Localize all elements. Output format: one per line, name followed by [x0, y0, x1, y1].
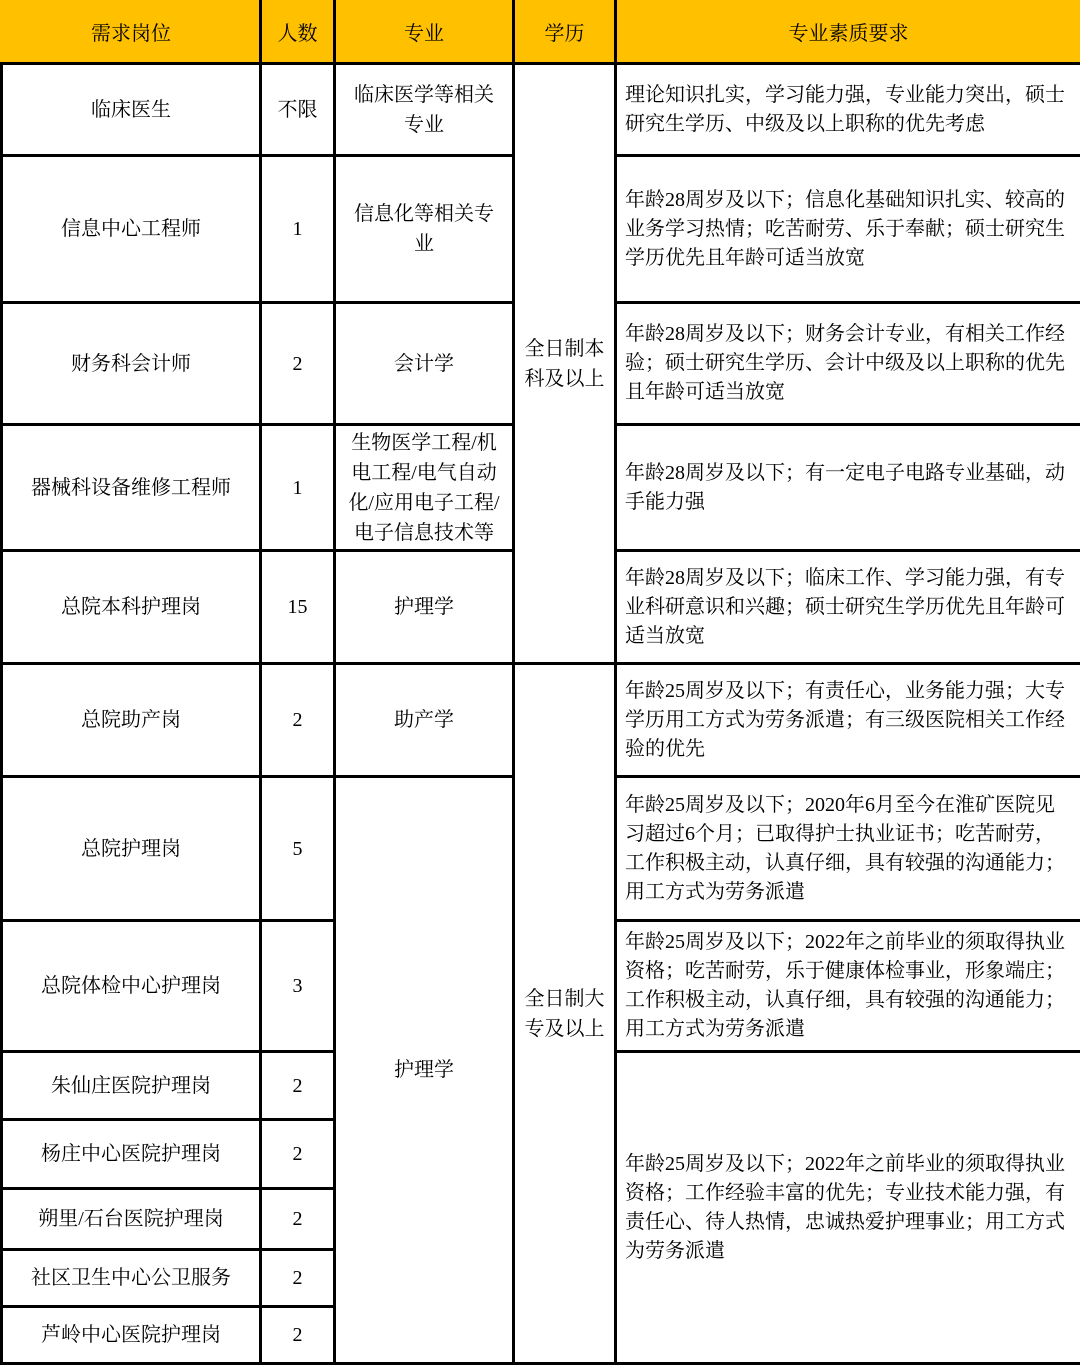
- cell-requirement: 年龄25周岁及以下；2022年之前毕业的须取得执业资格；吃苦耐劳，乐于健康体检事…: [616, 921, 1080, 1052]
- cell-requirement: 年龄28周岁及以下；信息化基础知识扎实、较高的业务学习热情；吃苦耐劳、乐于奉献；…: [616, 156, 1080, 303]
- cell-major: 生物医学工程/机电工程/电气自动化/应用电子工程/电子信息技术等: [335, 425, 514, 551]
- table-row: 总院助产岗2助产学全日制大专及以上年龄25周岁及以下；有责任心，业务能力强；大专…: [2, 664, 1080, 777]
- cell-position: 社区卫生中心公卫服务: [2, 1250, 261, 1307]
- cell-count: 2: [261, 664, 335, 777]
- cell-position: 朱仙庄医院护理岗: [2, 1052, 261, 1120]
- cell-position: 总院本科护理岗: [2, 551, 261, 664]
- cell-major: 护理学: [335, 777, 514, 1364]
- header-count: 人数: [261, 0, 335, 64]
- cell-count: 1: [261, 156, 335, 303]
- cell-count: 2: [261, 1120, 335, 1189]
- cell-requirement: 年龄28周岁及以下；有一定电子电路专业基础，动手能力强: [616, 425, 1080, 551]
- cell-position: 临床医生: [2, 64, 261, 156]
- cell-count: 2: [261, 1189, 335, 1250]
- cell-education: 全日制本科及以上: [514, 64, 616, 664]
- recruitment-table: 需求岗位 人数 专业 学历 专业素质要求 临床医生不限临床医学等相关专业全日制本…: [0, 0, 1080, 1365]
- header-major: 专业: [335, 0, 514, 64]
- cell-requirement: 年龄28周岁及以下；财务会计专业，有相关工作经验；硕士研究生学历、会计中级及以上…: [616, 303, 1080, 425]
- cell-count: 2: [261, 1250, 335, 1307]
- table-row: 临床医生不限临床医学等相关专业全日制本科及以上理论知识扎实，学习能力强，专业能力…: [2, 64, 1080, 156]
- header-row: 需求岗位 人数 专业 学历 专业素质要求: [2, 0, 1080, 64]
- cell-requirement: 年龄25周岁及以下；2022年之前毕业的须取得执业资格；工作经验丰富的优先；专业…: [616, 1052, 1080, 1364]
- cell-education: 全日制大专及以上: [514, 664, 616, 1364]
- cell-major: 会计学: [335, 303, 514, 425]
- cell-count: 不限: [261, 64, 335, 156]
- cell-position: 器械科设备维修工程师: [2, 425, 261, 551]
- cell-major: 护理学: [335, 551, 514, 664]
- table-body: 临床医生不限临床医学等相关专业全日制本科及以上理论知识扎实，学习能力强，专业能力…: [2, 64, 1080, 1364]
- cell-count: 15: [261, 551, 335, 664]
- cell-count: 2: [261, 303, 335, 425]
- cell-major: 信息化等相关专业: [335, 156, 514, 303]
- cell-position: 总院体检中心护理岗: [2, 921, 261, 1052]
- header-position: 需求岗位: [2, 0, 261, 64]
- cell-requirement: 年龄25周岁及以下；有责任心，业务能力强；大专学历用工方式为劳务派遣；有三级医院…: [616, 664, 1080, 777]
- header-education: 学历: [514, 0, 616, 64]
- cell-count: 2: [261, 1052, 335, 1120]
- cell-position: 财务科会计师: [2, 303, 261, 425]
- cell-position: 朔里/石台医院护理岗: [2, 1189, 261, 1250]
- cell-requirement: 年龄25周岁及以下；2020年6月至今在淮矿医院见习超过6个月；已取得护士执业证…: [616, 777, 1080, 921]
- cell-count: 5: [261, 777, 335, 921]
- cell-major: 临床医学等相关专业: [335, 64, 514, 156]
- cell-requirement: 年龄28周岁及以下；临床工作、学习能力强，有专业科研意识和兴趣；硕士研究生学历优…: [616, 551, 1080, 664]
- cell-count: 3: [261, 921, 335, 1052]
- cell-count: 1: [261, 425, 335, 551]
- cell-position: 总院助产岗: [2, 664, 261, 777]
- header-requirement: 专业素质要求: [616, 0, 1080, 64]
- cell-requirement: 理论知识扎实，学习能力强，专业能力突出，硕士研究生学历、中级及以上职称的优先考虑: [616, 64, 1080, 156]
- cell-major: 助产学: [335, 664, 514, 777]
- cell-position: 杨庄中心医院护理岗: [2, 1120, 261, 1189]
- cell-position: 信息中心工程师: [2, 156, 261, 303]
- cell-position: 总院护理岗: [2, 777, 261, 921]
